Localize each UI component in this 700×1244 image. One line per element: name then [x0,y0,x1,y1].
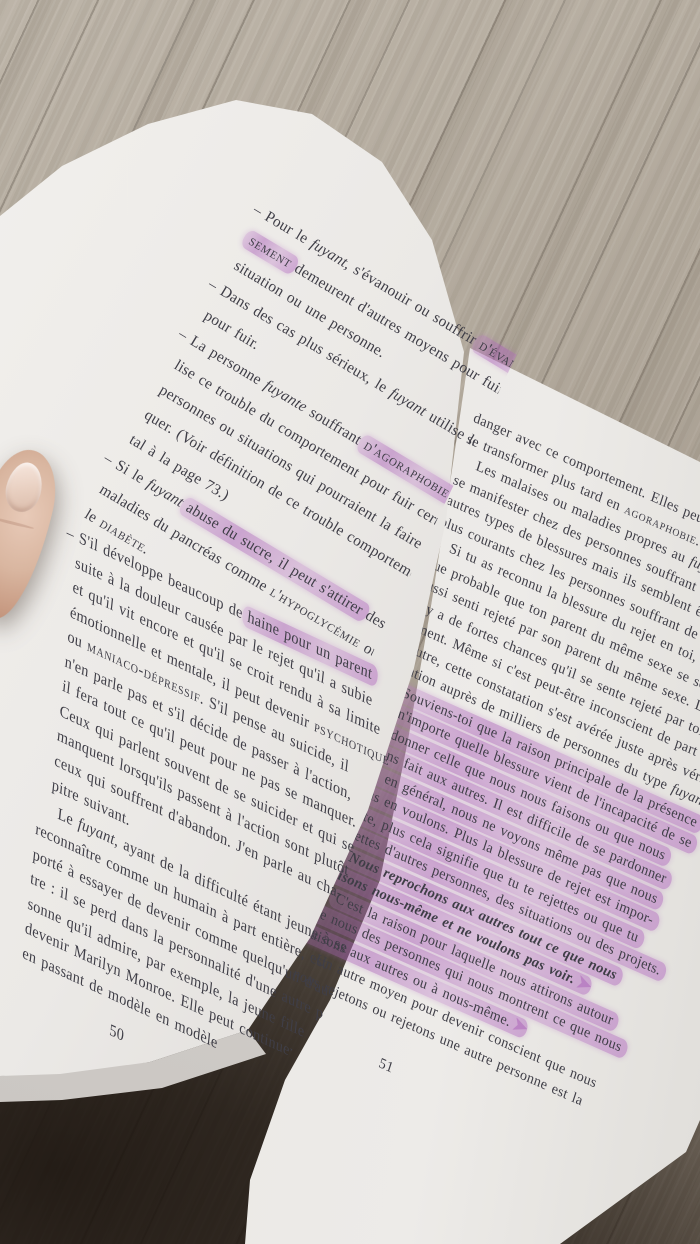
thumb-nail [1,459,47,516]
thumb-crease [0,516,34,530]
photo-of-open-book: danger avec ce comportement. Elles peuve… [0,0,700,1244]
